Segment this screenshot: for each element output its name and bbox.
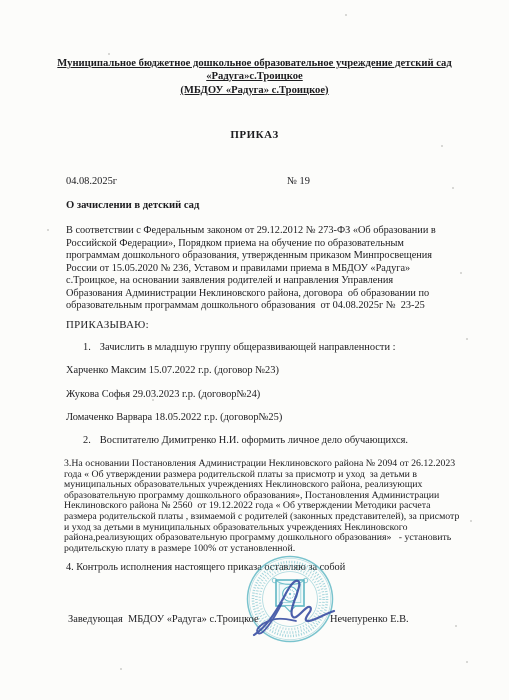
org-name-line-3: (МБДОУ «Радуга» с.Троицкое): [0, 84, 509, 97]
scan-speck: [120, 668, 122, 670]
preamble-paragraph: В соответствии с Федеральным законом от …: [66, 225, 458, 313]
scan-speck: [470, 520, 472, 522]
order-item-2-text: Воспитателю Димитренко Н.И. оформить лич…: [100, 435, 408, 446]
order-item-2-number: 2.: [83, 435, 91, 446]
preamble-line-5: с.Троицкое, на основании заявления родит…: [66, 275, 458, 288]
order-item-2: 2.Воспитателю Димитренко Н.И. оформить л…: [83, 435, 408, 446]
order-keyword: ПРИКАЗЫВАЮ:: [66, 319, 149, 331]
enrolled-child-2: Жукова Софья 29.03.2023 г.р. (договор№24…: [66, 389, 260, 400]
scanned-order-document: Муниципальное бюджетное дошкольное образ…: [0, 0, 509, 700]
scan-speck: [466, 338, 468, 340]
order-item-3: 3.На основании Постановления Администрац…: [64, 459, 464, 554]
scan-speck: [460, 272, 462, 274]
preamble-line-1: В соответствии с Федеральным законом от …: [66, 225, 458, 238]
handwritten-signature: [248, 569, 340, 643]
enrolled-child-3: Ломаченко Варвара 18.05.2022 г.р. (догов…: [66, 412, 282, 423]
enrolled-child-1: Харченко Максим 15.07.2022 г.р. (договор…: [66, 365, 279, 376]
preamble-line-4: России от 15.05.2020 № 236, Уставом и пр…: [66, 263, 458, 276]
scan-speck: [466, 661, 468, 663]
order-item-1-text: Зачислить в младшую группу общеразвивающ…: [100, 342, 396, 353]
preamble-line-3: программам дошкольного образования, утве…: [66, 250, 458, 263]
signer-position: Заведующая МБДОУ «Радуга» с.Троицкое: [68, 614, 259, 625]
document-title: ПРИКАЗ: [0, 129, 509, 141]
org-name-line-2: «Радуга»с.Троицкое: [0, 70, 509, 83]
org-name-line-1: Муниципальное бюджетное дошкольное образ…: [0, 57, 509, 70]
signer-name: Нечепуренко Е.В.: [330, 614, 409, 625]
order-item-1-number: 1.: [83, 342, 91, 353]
scan-speck: [452, 187, 454, 189]
scan-speck: [441, 145, 443, 147]
scan-speck: [345, 14, 347, 16]
scan-speck: [152, 399, 154, 401]
scan-speck: [108, 53, 110, 55]
scan-speck: [47, 229, 49, 231]
preamble-line-7: образовательным программам дошкольного о…: [66, 300, 458, 313]
document-date: 04.08.2025г: [66, 176, 117, 187]
document-subject: О зачислении в детский сад: [66, 200, 199, 211]
item-3-line-1: 3.На основании Постановления Администрац…: [64, 459, 464, 470]
item-3-line-6: размера родительской платы , взимаемой с…: [64, 512, 464, 523]
scan-speck: [455, 625, 457, 627]
document-number: № 19: [287, 176, 310, 187]
order-item-1: 1.Зачислить в младшую группу общеразвива…: [83, 342, 396, 353]
preamble-line-6: Образования Администрации Неклиновского …: [66, 288, 458, 301]
preamble-line-2: Российской Федерации», Порядком приема н…: [66, 238, 458, 251]
organization-header: Муниципальное бюджетное дошкольное образ…: [0, 57, 509, 97]
